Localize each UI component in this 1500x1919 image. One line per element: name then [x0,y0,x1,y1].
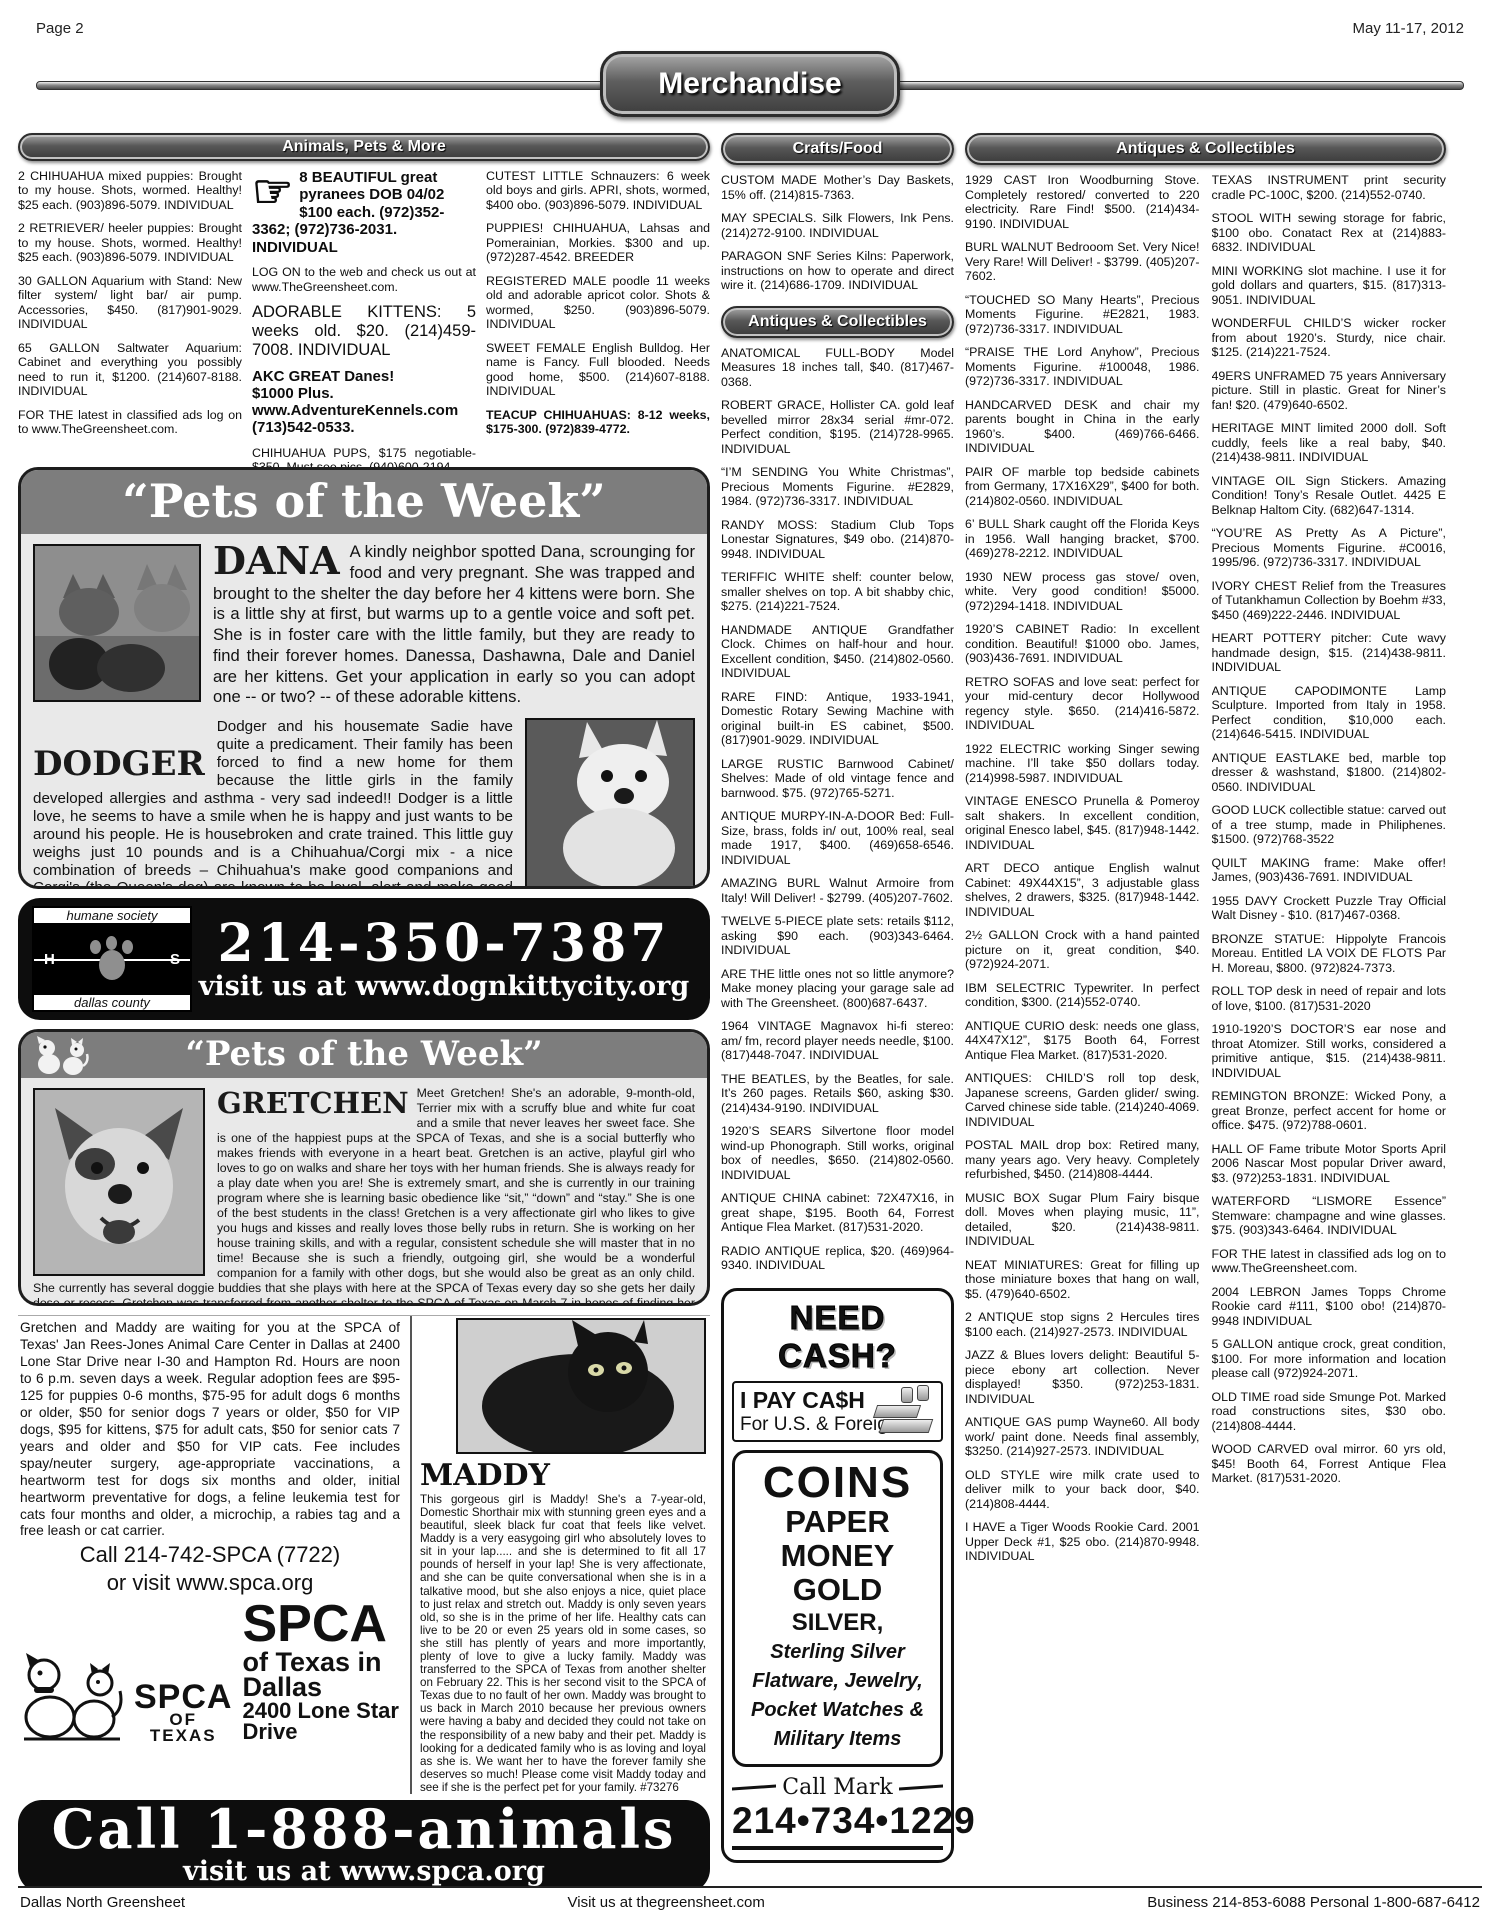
classified-ad: HEART POTTERY pitcher: Cute wavy handmad… [1212,631,1447,675]
paw-print-icon [89,936,135,982]
classified-ad: TEXAS INSTRUMENT print security cradle P… [1212,173,1447,202]
pets-of-the-week-box-1: “Pets of the Week” DANA A kindly neighbo… [18,467,710,889]
classified-ad: ARE THE little ones not so little anymor… [721,967,954,1011]
pet-name-dodger: DODGER [33,744,205,784]
classified-ad: RETRO SOFAS and love seat: perfect for y… [965,675,1200,733]
section-banner-antiques-mid: Antiques & Collectibles [721,306,954,338]
i-pay-cash-box: I PAY CA$H For U.S. & Foreign [732,1381,943,1442]
crafts-column: CUSTOM MADE Mother’s Day Baskets, 15% of… [721,173,954,302]
classified-ad: ROBERT GRACE, Hollister CA. gold leaf be… [721,398,954,456]
coins-title: COINS [739,1461,936,1505]
classified-ad: OLD STYLE wire milk crate used to delive… [965,1468,1200,1512]
pets-of-the-week-title: “Pets of the Week” [21,470,707,534]
classified-ad: ☞8 BEAUTIFUL great pyranees DOB 04/02 $1… [252,169,476,257]
pets-of-the-week-title-2: “Pets of the Week” [21,1032,707,1078]
classified-ad: WONDERFUL CHILD’S wicker rocker from abo… [1212,316,1447,360]
animals-column-3: CUTEST LITTLE Schnauzers: 6 week old boy… [486,169,710,467]
pet-name-dana: DANA [213,538,340,583]
page-number: Page 2 [36,20,84,37]
pets-of-the-week-box-2: “Pets of the Week” GRETCHEN Meet Gretche… [18,1029,710,1305]
maddy-column: MADDY This gorgeous girl is Maddy! She's… [410,1316,710,1794]
animals-column-2: ☞8 BEAUTIFUL great pyranees DOB 04/02 $1… [252,169,476,467]
classified-ad: VINTAGE ENESCO Prunella & Pomeroy salt s… [965,794,1200,852]
classified-ad: MUSIC BOX Sugar Plum Fairy bisque doll. … [965,1191,1200,1249]
classified-ad: ANTIQUE MURPY-IN-A-DOOR Bed: Full-Size, … [721,809,954,867]
antiques-column-5: 1929 CAST Iron Woodburning Stove. Comple… [965,173,1200,1893]
logo-letter-h: H [44,951,55,968]
classified-ad: PARAGON SNF Series Kilns: Paperwork, ins… [721,249,954,293]
classified-ad: AMAZING BURL Walnut Armoire from Italy! … [721,876,954,905]
newspaper-page: Page 2 May 11-17, 2012 Merchandise Anima… [0,0,1500,1919]
call-mark-label: Call Mark [782,1775,893,1800]
classified-ad: TERIFFIC WHITE shelf: counter below, sma… [721,570,954,614]
classified-ad: 6’ BULL Shark caught off the Florida Key… [965,517,1200,561]
classified-ad: CUSTOM MADE Mother’s Day Baskets, 15% of… [721,173,954,202]
classified-ad: 1930 NEW process gas stove/ oven, white.… [965,570,1200,614]
gretchen-photo [33,1088,205,1276]
maddy-description: This gorgeous girl is Maddy! She's a 7-y… [420,1493,706,1794]
classified-ad: WOOD CARVED oval mirror. 60 yrs old, $45… [1212,1442,1447,1486]
classified-ad: THE BEATLES, by the Beatles, for sale. I… [721,1072,954,1116]
classified-ad: 1922 ELECTRIC working Singer sewing mach… [965,742,1200,786]
classified-ad: 30 GALLON Aquarium with Stand: New filte… [18,274,242,332]
logo-letter-s: S [170,951,180,968]
classified-ad: 2 ANTIQUE stop signs 2 Hercules tires $1… [965,1310,1200,1339]
classified-ad: 2 CHIHUAHUA mixed puppies: Brought to my… [18,169,242,213]
pointing-hand-icon: ☞ [252,171,293,211]
classified-ad: JAZZ & Blues lovers delight: Beautiful 5… [965,1348,1200,1406]
classified-ad: “I’M SENDING You White Christmas”, Preci… [721,465,954,509]
gold-bars-icon [873,1385,937,1437]
footer-phones: Business 214-853-6088 Personal 1-800-687… [1147,1894,1480,1911]
classified-ad: 2004 LEBRON James Topps Chrome Rookie ca… [1212,1285,1447,1329]
antiques-column-6: TEXAS INSTRUMENT print security cradle P… [1212,173,1447,1893]
classified-ad: HERITAGE MINT limited 2000 doll. Soft cu… [1212,421,1447,465]
classified-ad: ANTIQUES: CHILD’S roll top desk, Japanes… [965,1071,1200,1129]
animals-column-1: 2 CHIHUAHUA mixed puppies: Brought to my… [18,169,242,467]
silver-line: SILVER, [739,1607,936,1638]
maddy-photo [456,1318,706,1454]
classified-ad: RANDY MOSS: Stadium Club Tops Lonestar S… [721,518,954,562]
gold-line: GOLD [739,1573,936,1607]
spca-call-line: Call 214-742-SPCA (7722) [20,1542,400,1568]
classified-ad: RADIO ANTIQUE replica, $20. (469)964-934… [721,1244,954,1273]
need-cash-title: NEED CASH? [732,1299,943,1375]
classified-ad: AKC GREAT Danes! $1000 Plus. www.Adventu… [252,369,476,436]
classified-ad: LOG ON to the web and check us out at ww… [252,265,476,294]
humane-phone-number: 214-350-7387 [192,917,696,972]
spca-logo-big: SPCA of Texas in Dallas 2400 Lone Star D… [242,1600,400,1742]
page-header: Page 2 May 11-17, 2012 [18,14,1482,37]
classified-ad: HANDMADE ANTIQUE Grandfather Clock. Chim… [721,623,954,681]
classified-ad: ART DECO antique English walnut Cabinet:… [965,861,1200,919]
classified-ad: “TOUCHED SO Many Hearts”, Precious Momen… [965,293,1200,337]
classified-ad: IVORY CHEST Relief from the Treasures of… [1212,579,1447,623]
classified-ad: 49ERS UNFRAMED 75 years Anniversary pict… [1212,369,1447,413]
pet-name-maddy: MADDY [420,1458,550,1493]
classified-ad: ANTIQUE CAPODIMONTE Lamp Sculpture. Impo… [1212,684,1447,742]
classified-ad: 1955 DAVY Crockett Puzzle Tray Official … [1212,894,1447,923]
merchandise-title: Merchandise [600,51,900,117]
paper-money-line: PAPER MONEY [739,1505,936,1573]
section-banner-antiques-right: Antiques & Collectibles [965,133,1446,165]
classified-ad: STOOL WITH sewing storage for fabric, $1… [1212,211,1447,255]
cash-ad-phone: 214•734•1229 [732,1800,943,1850]
classified-ad: FOR THE latest in classified ads log on … [18,408,242,437]
issue-date: May 11-17, 2012 [1353,20,1464,37]
classified-ad: CHIHUAHUA PUPS, $175 negotiable- $350. M… [252,446,476,468]
classified-ad: 1964 VINTAGE Magnavox hi-fi stereo: am/ … [721,1019,954,1063]
classified-ad: WATERFORD “LISMORE Essence” Stemware: ch… [1212,1194,1447,1238]
classified-ad: TEACUP CHIHUAHUAS: 8-12 weeks, $175-300.… [486,408,710,437]
pet-name-gretchen: GRETCHEN [217,1086,409,1120]
classified-ad: GOOD LUCK collectible statue: carved out… [1212,803,1447,847]
classified-ad: RARE FIND: Antique, 1933-1941, Domestic … [721,690,954,748]
section-banner-animals: Animals, Pets & More [18,133,710,161]
classified-ad: LARGE RUSTIC Barnwood Cabinet/ Shelves: … [721,757,954,801]
page-footer: Dallas North Greensheet Visit us at theg… [18,1886,1482,1911]
classified-ad: 5 GALLON antique crock, great condition,… [1212,1337,1447,1381]
humane-society-logo-mid: H S [34,923,190,995]
section-banner-crafts: Crafts/Food [721,133,954,165]
classified-ad: OLD TIME road side Smunge Pot. Marked ro… [1212,1390,1447,1434]
classified-ad: BURL WALNUT Bedrooom Set. Very Nice! Ver… [965,240,1200,284]
spca-dog-cat-clipart-icon [20,1651,124,1743]
classified-ad: 1910-1920’S DOCTOR’S ear nose and throat… [1212,1022,1447,1080]
classified-ad: “YOU’RE AS Pretty As A Picture”, Preciou… [1212,526,1447,570]
humane-society-banner: humane society H S dallas county 214-350… [18,898,710,1020]
classified-ad: PUPPIES! CHIHUAHUA, Lahsas and Pomeraini… [486,221,710,265]
spca-section: Gretchen and Maddy are waiting for you a… [18,1315,710,1794]
dodger-photo [525,718,695,889]
classified-ad: ANTIQUE EASTLAKE bed, marble top dresser… [1212,751,1447,795]
call-mark-row: Call Mark [732,1775,943,1800]
classified-ad: ANTIQUE GAS pump Wayne60. All body work/… [965,1415,1200,1459]
classified-ad: HANDCARVED DESK and chair my parents bou… [965,398,1200,456]
classified-ad: ROLL TOP desk in need of repair and lots… [1212,984,1447,1013]
spca-info-text: Gretchen and Maddy are waiting for you a… [20,1320,400,1541]
dog-cat-clipart-icon [35,1036,89,1076]
coins-box: COINS PAPER MONEY GOLD SILVER, Sterling … [732,1450,943,1767]
classified-ad: REGISTERED MALE poodle 11 weeks old and … [486,274,710,332]
classified-ad: SWEET FEMALE English Bulldog. Her name i… [486,341,710,399]
classified-ad: 1920’S SEARS Silvertone floor model wind… [721,1124,954,1182]
classified-ad: ANATOMICAL FULL-BODY Model Measures 18 i… [721,346,954,390]
classified-ad: VINTAGE OIL Sign Stickers. Amazing Condi… [1212,474,1447,518]
humane-website[interactable]: visit us at www.dognkittycity.org [192,971,696,1002]
classified-ad: ANTIQUE CURIO desk: needs one glass, 44X… [965,1019,1200,1063]
classified-ad: ANTIQUE CHINA cabinet: 72X47X16, in grea… [721,1191,954,1235]
dana-photo [33,544,201,702]
humane-society-logo: humane society H S dallas county [32,906,192,1012]
merchandise-banner: Merchandise [18,51,1482,123]
spca-call-banner: Call 1-888-animals visit us at www.spca.… [18,1800,710,1893]
footer-website[interactable]: Visit us at thegreensheet.com [568,1894,765,1911]
spca-banner-phone: Call 1-888-animals [18,1802,710,1856]
classified-ad: MINI WORKING slot machine. I use it for … [1212,264,1447,308]
classified-ad: REMINGTON BRONZE: Wicked Pony, a great B… [1212,1089,1447,1133]
classified-ad: MAY SPECIALS. Silk Flowers, Ink Pens. (2… [721,211,954,240]
classified-ad: POSTAL MAIL drop box: Retired many, many… [965,1138,1200,1182]
spca-logo-small: SPCA OF TEXAS [134,1682,232,1743]
classified-ad: “PRAISE THE Lord Anyhow”, Precious Momen… [965,345,1200,389]
classified-ad: HALL OF Fame tribute Motor Sports April … [1212,1142,1447,1186]
classified-ad: ADORABLE KITTENS: 5 weeks old. $20. (214… [252,303,476,360]
footer-publication: Dallas North Greensheet [20,1894,185,1911]
classified-ad: 2 RETRIEVER/ heeler puppies: Brought to … [18,221,242,265]
classified-ad: IBM SELECTRIC Typewriter. In perfect con… [965,981,1200,1010]
humane-society-logo-top: humane society [34,908,190,923]
need-cash-ad[interactable]: NEED CASH? I PAY CA$H For U.S. & Foreign… [721,1288,954,1863]
classified-ad: QUILT MAKING frame: Make offer! James, (… [1212,856,1447,885]
spca-visit-line[interactable]: or visit www.spca.org [20,1570,400,1596]
classified-ad: BRONZE STATUE: Hippolyte Francois Moreau… [1212,932,1447,976]
humane-society-logo-bottom: dallas county [34,995,190,1010]
classified-ad: CUTEST LITTLE Schnauzers: 6 week old boy… [486,169,710,213]
classified-ad: 65 GALLON Saltwater Aquarium: Cabinet an… [18,341,242,399]
classified-ad: PAIR OF marble top bedside cabinets from… [965,465,1200,509]
classified-ad: FOR THE latest in classified ads log on … [1212,1247,1447,1276]
watches-line: Pocket Watches & Military Items [739,1696,936,1754]
classified-ad: TWELVE 5-PIECE plate sets: retails $112,… [721,914,954,958]
classified-ad: 2½ GALLON Crock with a hand painted pict… [965,928,1200,972]
classified-ad: I HAVE a Tiger Woods Rookie Card. 2001 U… [965,1520,1200,1564]
flatware-line: Sterling Silver Flatware, Jewelry, [739,1638,936,1696]
classified-ad: 1929 CAST Iron Woodburning Stove. Comple… [965,173,1200,231]
classified-ad: 1920’S CABINET Radio: In excellent condi… [965,622,1200,666]
classified-ad: NEAT MINIATURES: Great for filling up th… [965,1258,1200,1302]
antiques-mid-column: ANATOMICAL FULL-BODY Model Measures 18 i… [721,346,954,1282]
